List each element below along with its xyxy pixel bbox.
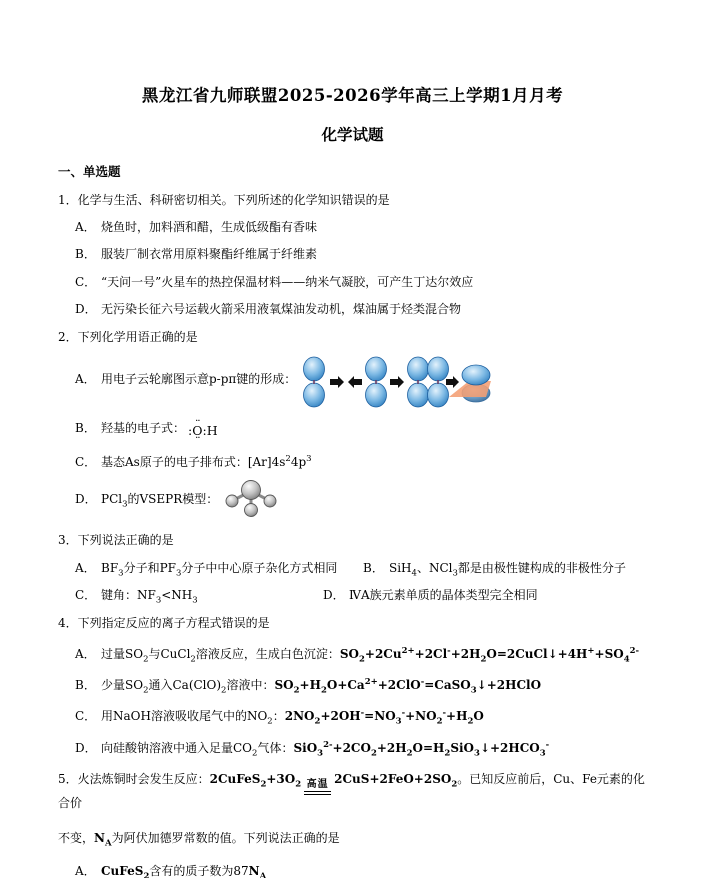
question-4: 4． 下列指定反应的离子方程式错误的是 A． 过量SO2与CuCl2溶液反应，生… (58, 615, 647, 756)
option-label: A． (75, 219, 101, 235)
question-3-option-a: A． BF3分子和PF3分子中中心原子杂化方式相同 (75, 560, 363, 576)
question-1-option-d: D． 无污染长征六号运载火箭采用液氧煤油发动机，煤油属于烃类混合物 (58, 301, 647, 317)
reaction-equation-left: 2CuFeS2+3O2 (210, 772, 302, 786)
question-2: 2． 下列化学用语正确的是 A． 用电子云轮廓图示意p-pπ键的形成： (58, 329, 647, 520)
question-4-option-a: A． 过量SO2与CuCl2溶液反应，生成白色沉淀：SO2+2Cu2++2Cl-… (58, 646, 647, 662)
reaction-condition-equals: 高温 (304, 779, 331, 795)
question-4-stem: 4． 下列指定反应的离子方程式错误的是 (58, 615, 647, 631)
option-label: A． (75, 863, 101, 878)
option-label: C． (75, 587, 101, 603)
option-text: 用电子云轮廓图示意p-pπ键的形成： (101, 353, 296, 387)
option-text: 羟基的电子式： (101, 420, 185, 441)
question-number: 5． (58, 772, 78, 786)
question-1-option-b: B． 服装厂制衣常用原料聚酯纤维属于纤维素 (58, 246, 647, 262)
option-text-chinese: 向硅酸钠溶液中通入足量CO2气体： (101, 741, 293, 755)
question-3-option-row-1: A． BF3分子和PF3分子中中心原子杂化方式相同 B． SiH4、NCl3都是… (58, 560, 647, 576)
option-text: 过量SO2与CuCl2溶液反应，生成白色沉淀：SO2+2Cu2++2Cl-+2H… (101, 646, 647, 662)
option-text: 少量SO2通入Ca(ClO)2溶液中：SO2+H2O+Ca2++2ClO-=Ca… (101, 677, 647, 693)
question-number: 2． (58, 329, 78, 345)
question-stem-text: 下列说法正确的是 (78, 532, 174, 548)
question-5-stem-line-2: 不变，NA为阿伏加德罗常数的值。下列说法正确的是 (58, 830, 647, 846)
page-subtitle: 化学试题 (58, 123, 647, 145)
option-label: B． (75, 677, 101, 693)
question-number: 4． (58, 615, 78, 631)
option-label: A． (75, 560, 101, 576)
question-2-option-b: B． 羟基的电子式： : ·· O ·· : H (58, 420, 647, 441)
question-stem-text: 化学与生活、科研密切相关。下列所述的化学知识错误的是 (78, 192, 390, 208)
hydrogen-atom: H (207, 424, 218, 437)
question-1-stem: 1． 化学与生活、科研密切相关。下列所述的化学知识错误的是 (58, 192, 647, 208)
question-2-stem: 2． 下列化学用语正确的是 (58, 329, 647, 345)
option-text-chinese: 用NaOH溶液吸收尾气中的NO2： (101, 709, 285, 723)
question-2-option-d: D． PCl3的VSEPR模型： (58, 478, 647, 520)
option-text: 基态As原子的电子排布式：[Ar]4s24p3 (101, 454, 647, 470)
option-text: SiH4、NCl3都是由极性键构成的非极性分子 (389, 560, 626, 576)
option-label: B． (75, 420, 101, 441)
option-label: D． (75, 491, 101, 507)
question-stem-text: 下列化学用语正确的是 (78, 329, 198, 345)
option-text: PCl3的VSEPR模型： (101, 491, 218, 507)
question-1-option-a: A． 烧鱼时，加料酒和醋，生成低级酯有香味 (58, 219, 647, 235)
question-5-option-a: A． CuFeS2含有的质子数为87NA (58, 863, 647, 878)
option-text: ⅣA族元素单质的晶体类型完全相同 (349, 587, 538, 603)
question-4-option-b: B． 少量SO2通入Ca(ClO)2溶液中：SO2+H2O+Ca2++2ClO-… (58, 677, 647, 693)
vsepr-model-diagram (222, 478, 280, 520)
question-stem-text: 火法炼铜时会发生反应： (78, 772, 210, 786)
electron-configuration: [Ar]4s24p3 (248, 455, 312, 469)
p-orbital-overlap-diagram (300, 353, 492, 411)
option-text-chinese: 少量SO2通入Ca(ClO)2溶液中： (101, 678, 274, 692)
question-number: 3． (58, 532, 78, 548)
question-3-option-b: B． SiH4、NCl3都是由极性键构成的非极性分子 (363, 560, 626, 576)
option-text: 服装厂制衣常用原料聚酯纤维属于纤维素 (101, 246, 647, 262)
lone-pair-dots: ·· (195, 437, 199, 441)
question-3-option-c: C． 键角：NF3<NH3 (75, 587, 323, 603)
question-2-option-c: C． 基态As原子的电子排布式：[Ar]4s24p3 (58, 454, 647, 470)
option-label: D． (75, 301, 101, 317)
option-label: A． (75, 646, 101, 662)
question-number: 1． (58, 192, 78, 208)
option-text-chinese: 基态As原子的电子排布式： (101, 455, 248, 469)
option-text: 向硅酸钠溶液中通入足量CO2气体：SiO32-+2CO2+2H2O=H2SiO3… (101, 740, 647, 756)
question-3: 3． 下列说法正确的是 A． BF3分子和PF3分子中中心原子杂化方式相同 B．… (58, 532, 647, 603)
option-label: C． (75, 454, 101, 470)
option-label: C． (75, 274, 101, 290)
option-text-chinese: 过量SO2与CuCl2溶液反应，生成白色沉淀： (101, 647, 340, 661)
question-5-stem-line-1: 5．火法炼铜时会发生反应：2CuFeS2+3O2高温2CuS+2FeO+2SO2… (58, 771, 647, 811)
option-text: 键角：NF3<NH3 (101, 587, 198, 603)
option-text: CuFeS2含有的质子数为87NA (101, 863, 647, 878)
page-title: 黑龙江省九师联盟2025-2026学年高三上学期1月月考 (58, 86, 647, 106)
reaction-equation-right: 2CuS+2FeO+2SO2 (334, 772, 457, 786)
condition-label: 高温 (307, 779, 329, 790)
ionic-equation: SiO32-+2CO2+2H2O=H2SiO3↓+2HCO3- (293, 741, 549, 755)
option-label: B． (75, 246, 101, 262)
option-label: A． (75, 353, 101, 387)
question-4-option-c: C． 用NaOH溶液吸收尾气中的NO2：2NO2+2OH-=NO3-+NO2-+… (58, 708, 647, 724)
exam-paper-page: 黑龙江省九师联盟2025-2026学年高三上学期1月月考 化学试题 一、单选题 … (0, 0, 701, 878)
option-text: 用NaOH溶液吸收尾气中的NO2：2NO2+2OH-=NO3-+NO2-+H2O (101, 708, 647, 724)
question-1-option-c: C． “天问一号”火星车的热控保温材料——纳米气凝胶，可产生丁达尔效应 (58, 274, 647, 290)
option-label: C． (75, 708, 101, 724)
double-line-equals-icon (304, 791, 331, 795)
ionic-equation: 2NO2+2OH-=NO3-+NO2-+H2O (285, 709, 484, 723)
question-1: 1． 化学与生活、科研密切相关。下列所述的化学知识错误的是 A． 烧鱼时，加料酒… (58, 192, 647, 317)
question-3-stem: 3． 下列说法正确的是 (58, 532, 647, 548)
question-3-option-d: D． ⅣA族元素单质的晶体类型完全相同 (323, 587, 538, 603)
electron-dot-formula: : ·· O ·· : H (188, 420, 218, 441)
question-5: 5．火法炼铜时会发生反应：2CuFeS2+3O2高温2CuS+2FeO+2SO2… (58, 771, 647, 878)
option-text: “天问一号”火星车的热控保温材料——纳米气凝胶，可产生丁达尔效应 (101, 274, 647, 290)
question-stem-text: 下列指定反应的离子方程式错误的是 (78, 615, 270, 631)
question-2-option-a: A． 用电子云轮廓图示意p-pπ键的形成： (58, 353, 647, 411)
ionic-equation: SO2+H2O+Ca2++2ClO-=CaSO3↓+2HClO (274, 678, 541, 692)
option-text: BF3分子和PF3分子中中心原子杂化方式相同 (101, 560, 337, 576)
question-4-option-d: D． 向硅酸钠溶液中通入足量CO2气体：SiO32-+2CO2+2H2O=H2S… (58, 740, 647, 756)
ionic-equation: SO2+2Cu2++2Cl-+2H2O=2CuCl↓+4H++SO42- (340, 647, 639, 661)
question-3-option-row-2: C． 键角：NF3<NH3 D． ⅣA族元素单质的晶体类型完全相同 (58, 587, 647, 603)
option-text: 无污染长征六号运载火箭采用液氧煤油发动机，煤油属于烃类混合物 (101, 301, 647, 317)
option-text: 烧鱼时，加料酒和醋，生成低级酯有香味 (101, 219, 647, 235)
section-header: 一、单选题 (58, 162, 647, 180)
option-label: B． (363, 560, 389, 576)
option-label: D． (323, 587, 349, 603)
option-label: D． (75, 740, 101, 756)
